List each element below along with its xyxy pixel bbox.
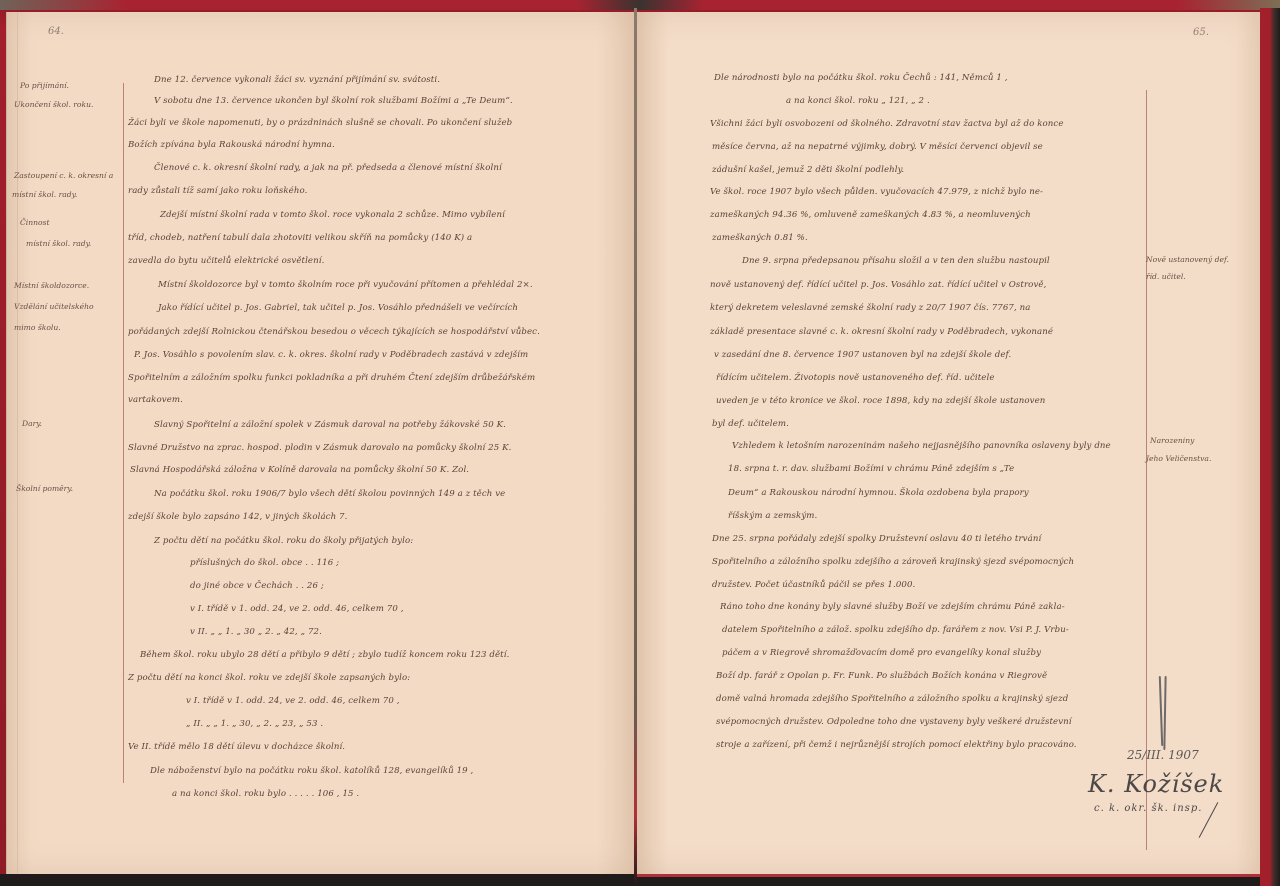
text-line: Spořitelním a záložním spolku funkci pok… xyxy=(128,372,535,384)
text-line: Vzhledem k letošním narozeninám našeho n… xyxy=(732,440,1111,452)
margin-note: místní škol. rady. xyxy=(26,238,91,249)
text-line: Deum“ a Rakouskou národní hymnou. Škola … xyxy=(728,487,1029,499)
margin-note: mimo školu. xyxy=(14,322,61,333)
text-line: základě presentace slavné c. k. okresní … xyxy=(710,326,1053,338)
text-line: uveden je v této kronice ve škol. roce 1… xyxy=(716,395,1045,407)
text-line: Jako řídící učitel p. Jos. Gabriel, tak … xyxy=(158,302,518,314)
text-line: v I. třídě v 1. odd. 24, ve 2. odd. 46, … xyxy=(186,695,400,707)
text-line: svépomocných družstev. Odpoledne toho dn… xyxy=(716,716,1072,728)
text-line: pořádaných zdejší Rolnickou čtenářskou b… xyxy=(128,326,540,338)
text-line: do jiné obce v Čechách . . 26 ; xyxy=(190,580,324,592)
margin-note: Místní školdozorce. xyxy=(14,280,89,291)
text-line: nově ustanovený def. řídící učitel p. Jo… xyxy=(710,279,1046,291)
text-line: příslušných do škol. obce . . 116 ; xyxy=(190,557,339,569)
text-line: Slavný Spořitelní a záložní spolek v Zás… xyxy=(154,419,506,431)
margin-note: říd. učitel. xyxy=(1146,271,1186,282)
text-line: Slavná Hospodářská záložna v Kolíně daro… xyxy=(130,464,469,476)
text-line: Spořitelního a záložního spolku zdejšího… xyxy=(712,556,1074,568)
margin-note: Vzdělání učitelského xyxy=(14,301,94,312)
text-line: Dle náboženství bylo na počátku roku ško… xyxy=(150,765,473,777)
text-line: říšským a zemským. xyxy=(728,510,817,522)
margin-note: Ukončení škol. roku. xyxy=(14,99,93,110)
text-line: Božích zpívána byla Rakouská národní hym… xyxy=(128,139,335,151)
text-line: Z počtu dětí na konci škol. roku ve zdej… xyxy=(128,672,410,684)
text-line: páčem a v Riegrově shromažďovacím domě p… xyxy=(722,647,1041,659)
left-page-edge xyxy=(6,12,18,874)
text-line: zameškaných 94.36 %, omluveně zameškanýc… xyxy=(710,209,1031,221)
text-line: Žáci byli ve škole napomenuti, by o práz… xyxy=(128,117,512,129)
text-line: zameškaných 0.81 %. xyxy=(712,232,808,244)
cover-right-edge xyxy=(1260,8,1280,886)
margin-note: Nově ustanovený def. xyxy=(1146,254,1229,265)
right-page-number: 65. xyxy=(1193,27,1209,38)
right-margin-rule xyxy=(1146,90,1147,850)
text-line: měsíce června, až na nepatrné výjimky, d… xyxy=(712,141,1043,153)
text-line: domě valná hromada zdejšího Spořitelního… xyxy=(716,693,1068,705)
text-line: Místní školdozorce byl v tomto školním r… xyxy=(158,279,533,291)
text-line: Slavné Družstvo na zprac. hospod. plodin… xyxy=(128,442,511,454)
text-line: Dne 9. srpna předepsanou přísahu složil … xyxy=(742,255,1050,267)
text-line: družstev. Počet účastníků páčil se přes … xyxy=(712,579,915,591)
text-line: zdejší škole bylo zapsáno 142, v jiných … xyxy=(128,511,347,523)
cover-top-edge xyxy=(0,0,1280,10)
text-line: 18. srpna t. r. dav. službami Božími v c… xyxy=(728,463,1014,475)
text-line: řídícím učitelem. Životopis nově ustanov… xyxy=(716,372,995,384)
text-line: Boží dp. farář z Opolan p. Fr. Funk. Po … xyxy=(716,670,1047,682)
text-line: Členové c. k. okresní školní rady, a jak… xyxy=(154,162,502,174)
text-line: v II. „ „ 1. „ 30 „ 2. „ 42, „ 72. xyxy=(190,626,322,638)
text-line: který dekretem veleslavné zemské školní … xyxy=(710,302,1031,314)
margin-note: Po přijímání. xyxy=(20,80,69,91)
text-line: P. Jos. Vosáhlo s povolením slav. c. k. … xyxy=(134,349,528,361)
text-line: Z počtu dětí na počátku škol. roku do šk… xyxy=(154,535,413,547)
text-line: zádušní kašel, jemuž 2 děti školní podle… xyxy=(712,164,904,176)
text-line: Ráno toho dne konány byly slavné služby … xyxy=(720,601,1065,613)
left-page-number: 64. xyxy=(48,26,64,37)
text-line: a na konci škol. roku bylo . . . . . 106… xyxy=(172,788,359,800)
text-line: Zdejší místní školní rada v tomto škol. … xyxy=(160,209,505,221)
margin-note: Jeho Veličenstva. xyxy=(1146,453,1211,464)
text-line: zavedla do bytu učitelů elektrické osvět… xyxy=(128,255,324,267)
text-line: datelem Spořitelního a zálož. spolku zde… xyxy=(722,624,1069,636)
text-line: Dne 25. srpna pořádaly zdejší spolky Dru… xyxy=(712,533,1041,545)
margin-note: Dary. xyxy=(22,418,42,429)
inspector-signature: K. Kožíšek xyxy=(1088,770,1224,798)
text-line: tříd, chodeb, natření tabulí dala zhotov… xyxy=(128,232,472,244)
left-margin-rule xyxy=(123,83,124,783)
text-line: stroje a zařízení, při čemž i nejrůznějš… xyxy=(716,739,1077,751)
text-line: „ II. „ „ 1. „ 30, „ 2. „ 23, „ 53 . xyxy=(186,718,323,730)
margin-note: místní škol. rady. xyxy=(12,189,77,200)
margin-note: Činnost xyxy=(20,217,50,228)
text-line: v zasedání dne 8. července 1907 ustanove… xyxy=(714,349,1011,361)
text-line: Dle národnosti bylo na počátku škol. rok… xyxy=(714,72,1008,84)
margin-note: Zastoupení c. k. okresní a xyxy=(14,170,113,181)
text-line: Dne 12. července vykonali žáci sv. vyzná… xyxy=(154,74,440,86)
margin-note: Školní poměry. xyxy=(16,483,73,494)
text-line: Ve II. třídě mělo 18 dětí úlevu v docház… xyxy=(128,741,345,753)
text-line: V sobotu dne 13. července ukončen byl šk… xyxy=(154,95,513,107)
text-line: a na konci škol. roku „ 121, „ 2 . xyxy=(786,95,930,107)
text-line: Na počátku škol. roku 1906/7 bylo všech … xyxy=(154,488,505,500)
text-line: rady zůstali tíž samí jako roku loňského… xyxy=(128,185,307,197)
text-line: Všichni žáci byli osvobozeni od školného… xyxy=(710,118,1064,130)
text-line: vartakovem. xyxy=(128,394,183,406)
text-line: v I. třídě v 1. odd. 24, ve 2. odd. 46, … xyxy=(190,603,404,615)
margin-note: Narozeniny xyxy=(1150,435,1194,446)
inspection-date: 25/III. 1907 xyxy=(1127,748,1199,762)
text-line: byl def. učitelem. xyxy=(712,418,789,430)
inspector-title: c. k. okr. šk. insp. xyxy=(1094,803,1202,814)
text-line: Během škol. roku ubylo 28 dětí a přibylo… xyxy=(140,649,509,661)
text-line: Ve škol. roce 1907 bylo všech půlden. vy… xyxy=(710,186,1043,198)
